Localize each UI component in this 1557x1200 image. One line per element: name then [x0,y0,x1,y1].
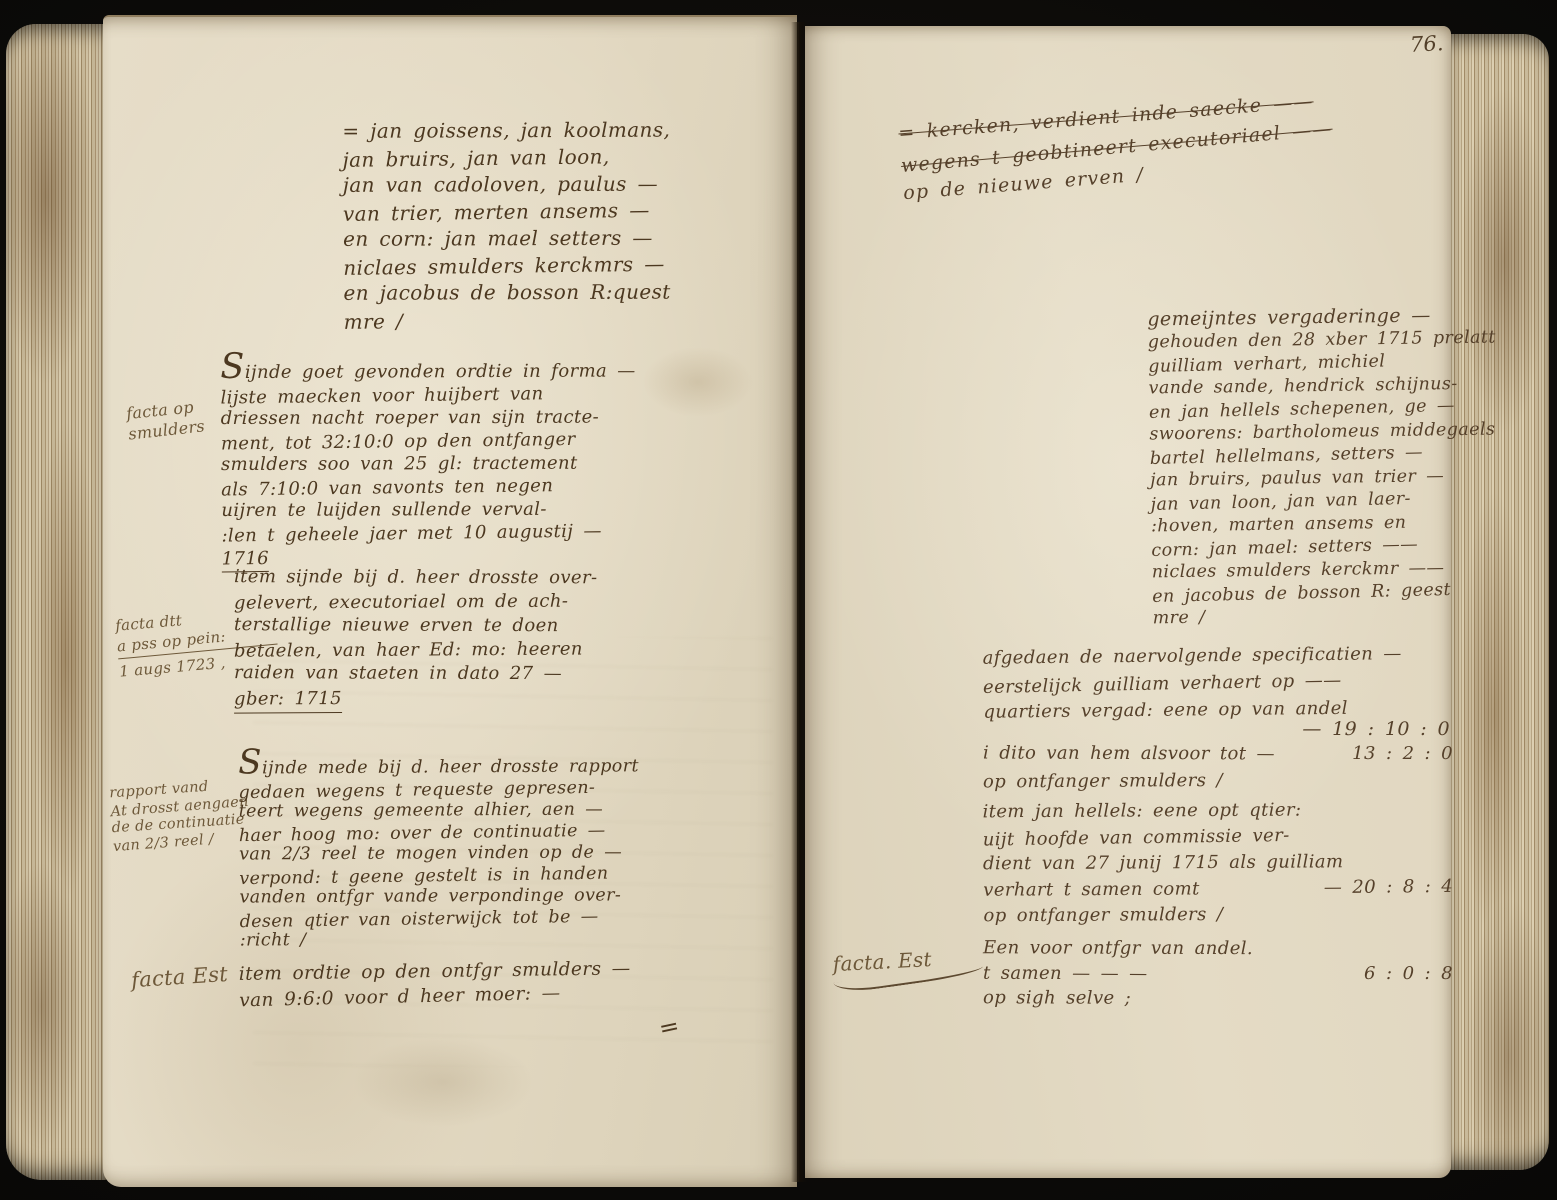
manuscript-line: en corn: jan mael setters — [343,224,783,253]
heading-kercken: = kercken, verdient inde saecke ——wegens… [897,73,1482,209]
manuscript-line: jan bruirs, jan van loon, [342,141,782,174]
spec-item-andel: Een voor ontfgr van andel. t samen — — —… [983,936,1453,1011]
amount-value: 6 : 0 : 8 [1364,961,1453,986]
spec-row: verhart t samen comt — 20 : 8 : 4 [983,874,1453,904]
amount-value: 13 : 2 : 0 [1352,740,1453,767]
spec-body: item jan hellels: eene opt qtier:uijt ho… [982,796,1453,878]
manuscript-line: = jan goissens, jan koolmans, [342,116,782,145]
left-page: = jan goissens, jan koolmans,jan bruirs,… [103,15,797,1187]
entry-executoriael: item sijnde bij d. heer drosste over-gel… [234,566,774,712]
manuscript-line: gelevert, executoriael om de ach- [234,588,774,615]
manuscript-line: i dito van hem alsvoor tot — [983,740,1275,768]
right-page: 76. = kercken, verdient inde saecke ——we… [805,26,1451,1178]
spec-item-dito: i dito van hem alsvoor tot — 13 : 2 : 0 … [983,740,1453,794]
spec-row: i dito van hem alsvoor tot — 13 : 2 : 0 [983,740,1453,767]
closing-mark: = [656,1011,682,1043]
attendee-list: = jan goissens, jan koolmans,jan bruirs,… [342,115,783,334]
meeting-record: gemeijntes vergaderinge — gehouden den 2… [1147,303,1493,631]
manuscript-line: niclaes smulders kerckmrs — [343,249,783,282]
spec-item-hellels: item jan hellels: eene opt qtier:uijt ho… [982,796,1453,930]
spec-row: t samen — — — 6 : 0 : 8 [983,961,1453,986]
margin-note-facta-est-right: facta. Est [832,944,994,988]
underlined-date: gber: 1715 [234,687,342,714]
entry-body: Sijnde goet gevonden ordtie in forma —li… [220,351,761,546]
manuscript-line: mre / [1152,603,1492,631]
entry-ordtie-smulders: item ordtie op den ontfgr smulders —van … [239,954,780,1011]
specifications-intro: afgedaen de naervolgende specificatien —… [982,639,1483,727]
manuscript-line: Sijnde goet gevonden ordtie in forma — [220,352,760,384]
paper-stain [353,1037,533,1127]
entry-rapport-continuatie: Sijnde mede bij d. heer drosste rapportg… [238,747,795,953]
manuscript-line: van trier, merten ansems — [343,195,783,228]
left-page-edges [6,24,106,1180]
manuscript-line: raiden van staeten in dato 27 — [234,661,774,687]
amount-value: — 20 : 8 : 4 [1324,874,1454,901]
page-number: 76. [1409,31,1444,57]
manuscript-line: betaelen, van haer Ed: mo: heeren [234,636,774,663]
entry-body: item sijnde bij d. heer drosste over-gel… [234,566,774,686]
manuscript-line: Een voor ontfgr van andel. [983,935,1453,961]
manuscript-line: verhart t samen comt [983,877,1200,904]
manuscript-line: jan van cadoloven, paulus — [343,170,783,199]
entry-nachtroeper: Sijnde goet gevonden ordtie in forma —li… [220,351,761,571]
manuscript-photo: = jan goissens, jan koolmans,jan bruirs,… [0,0,1557,1200]
meeting-body: gehouden den 28 xber 1715 prelattguillia… [1148,326,1493,631]
manuscript-line: op ontfanger smulders / [983,901,1453,930]
manuscript-line: :richt / [240,927,795,952]
amount-first: — 19 : 10 : 0 [1235,718,1450,740]
manuscript-line: t samen — — — [983,961,1148,987]
manuscript-line: dient van 27 junij 1715 als guilliam [983,849,1453,878]
manuscript-line: item sijnde bij d. heer drosste over- [234,565,774,591]
manuscript-line: op sigh selve ; [983,985,1453,1011]
manuscript-line: terstallige nieuwe erven te doen [234,613,774,639]
manuscript-line: mre / [344,303,784,336]
manuscript-line: en jacobus de bosson R:quest [343,278,783,307]
manuscript-line: op ontfanger smulders / [983,766,1453,796]
